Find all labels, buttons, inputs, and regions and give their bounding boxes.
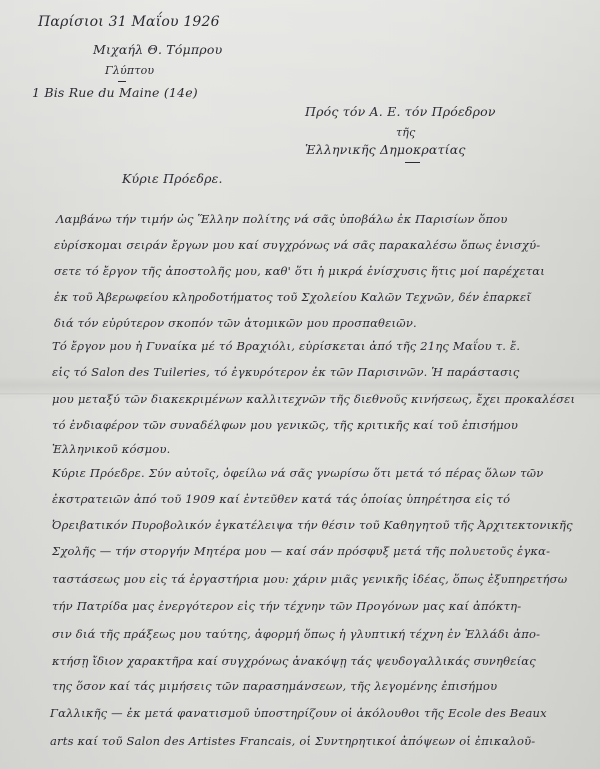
body-line: τήν Πατρίδα μας ἐνεργότερον εἰς τήν τέχν… [52,599,521,613]
body-line: Γαλλικῆς — ἐκ μετά φανατισμοῦ ὑποστηρίζο… [50,706,547,720]
recipient-line-3: Ἑλληνικῆς Δημοκρατίας [305,142,466,157]
sender-name: Μιχαήλ Θ. Τόμπρου [93,42,222,57]
sender-title: Γλύπτου [105,64,154,77]
body-line: διά τόν εὐρύτερον σκοπόν τῶν ἀτομικῶν μο… [54,316,417,330]
body-line: Λαμβάνω τήν τιμήν ὡς Ἕλλην πολίτης νά σᾶ… [56,212,508,226]
body-line: κτήσῃ ἴδιον χαρακτῆρα καί συγχρόνως ἀνακ… [52,654,536,668]
body-line: εἰς τό Salon des Tuileries, τό ἐγκυρότερ… [52,365,519,379]
body-line: Κύριε Πρόεδρε. Σύν αὐτοῖς, ὀφείλω νά σᾶς… [52,466,543,480]
body-line: ἐκ τοῦ Ἀβερωφείου κληροδοτήματος τοῦ Σχο… [54,290,531,304]
body-line: τό ἐνδιαφέρον τῶν συναδέλφων μου γενικῶς… [52,418,518,432]
underline-rule [405,162,420,163]
body-line: ἐκστρατειῶν ἀπό τοῦ 1909 καί ἐντεῦθεν κα… [52,492,510,506]
body-line: της ὅσον καί τάς μιμήσεις τῶν παρασημάνσ… [52,679,497,693]
body-line: εὑρίσκομαι σειράν ἔργων μου καί συγχρόνω… [54,238,540,252]
body-line: Τό ἔργον μου ἡ Γυναίκα μέ τό Βραχιόλι, ε… [52,339,520,353]
body-line: σιν διά τῆς πράξεως μου ταύτης, ἀφορμή ὅ… [52,627,540,641]
body-line: μου μεταξύ τῶν διακεκριμένων καλλιτεχνῶν… [52,392,575,406]
body-line: arts καί τοῦ Salon des Artistes Francais… [50,734,535,748]
underline-rule [118,81,126,82]
letter-page: Παρίσιοι 31 Μαΐου 1926 Μιχαήλ Θ. Τόμπρου… [0,0,600,769]
body-line: Σχολῆς — τήν στοργήν Μητέρα μου — καί σά… [52,544,550,558]
body-line: Ὀρειβατικόν Πυροβολικόν ἐγκατέλειψα τήν … [52,518,573,532]
salutation: Κύριε Πρόεδρε. [122,171,223,186]
sender-address: 1 Bis Rue du Maine (14e) [32,85,198,100]
date-line: Παρίσιοι 31 Μαΐου 1926 [38,14,220,30]
body-line: σετε τό ἔργον τῆς ἀποστολῆς μου, καθ' ὅτ… [54,264,545,278]
body-line: Ἑλληνικοῦ κόσμου. [52,442,171,456]
recipient-line-2: τῆς [396,126,415,139]
recipient-line-1: Πρός τόν Α. Ε. τόν Πρόεδρον [305,104,496,119]
body-line: ταστάσεως μου εἰς τά ἐργαστήρια μου: χάρ… [52,572,567,586]
